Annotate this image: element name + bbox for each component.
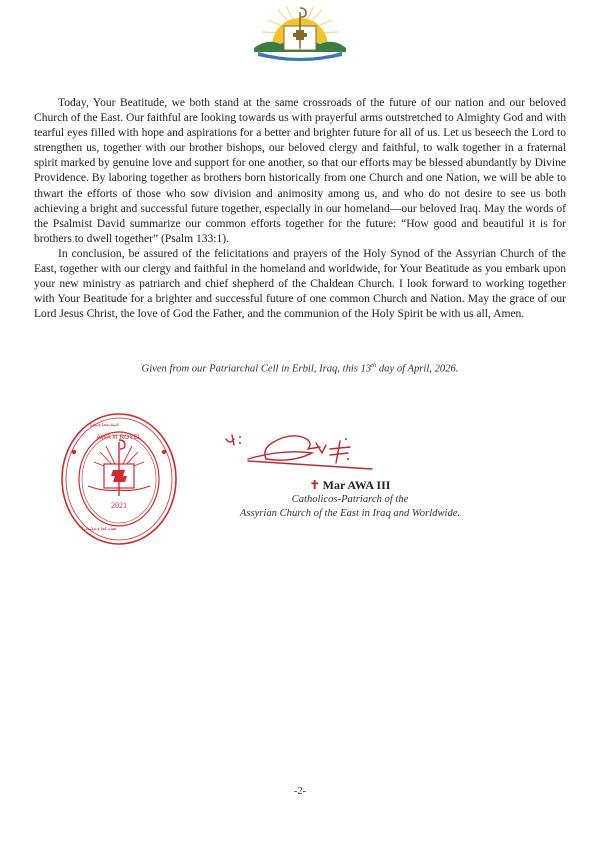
church-emblem-icon (248, 4, 352, 64)
svg-text:ܦܛܪܝܪܟܐ ܕܥܕܬܐ: ܦܛܪܝܪܟܐ ܕܥܕܬܐ (90, 422, 119, 428)
signatory-name: ✝Mar AWA III (150, 478, 550, 493)
handwritten-signature-icon (222, 423, 382, 471)
page-number: -2- (0, 786, 600, 797)
svg-text:2021: 2021 (111, 501, 127, 510)
signatory-title-line2: Assyrian Church of the East in Iraq and … (150, 507, 550, 521)
signatory-title-line1: Catholicos-Patriarch of the (150, 493, 550, 507)
dateline-text: day of April, 2026. (376, 364, 458, 375)
paragraph: Today, Your Beatitude, we both stand at … (34, 96, 566, 247)
dateline: Given from our Patriarchal Cell in Erbil… (0, 362, 600, 375)
cross-icon: ✝ (310, 478, 320, 492)
paragraph: In conclusion, be assured of the felicit… (34, 247, 566, 322)
svg-text:AWA III ROYEL: AWA III ROYEL (96, 434, 141, 441)
letter-body: Today, Your Beatitude, we both stand at … (34, 96, 566, 322)
dateline-text: Given from our Patriarchal Cell in Erbil… (142, 364, 372, 375)
svg-text:ܡܪܝ ܐܘܐ ܕܬܠܝܬܝܐ: ܡܪܝ ܐܘܐ ܕܬܠܝܬܝܐ (82, 526, 117, 532)
signature-block: ✝Mar AWA III Catholicos-Patriarch of the… (150, 478, 550, 521)
signatory-name-text: Mar AWA III (323, 478, 391, 492)
